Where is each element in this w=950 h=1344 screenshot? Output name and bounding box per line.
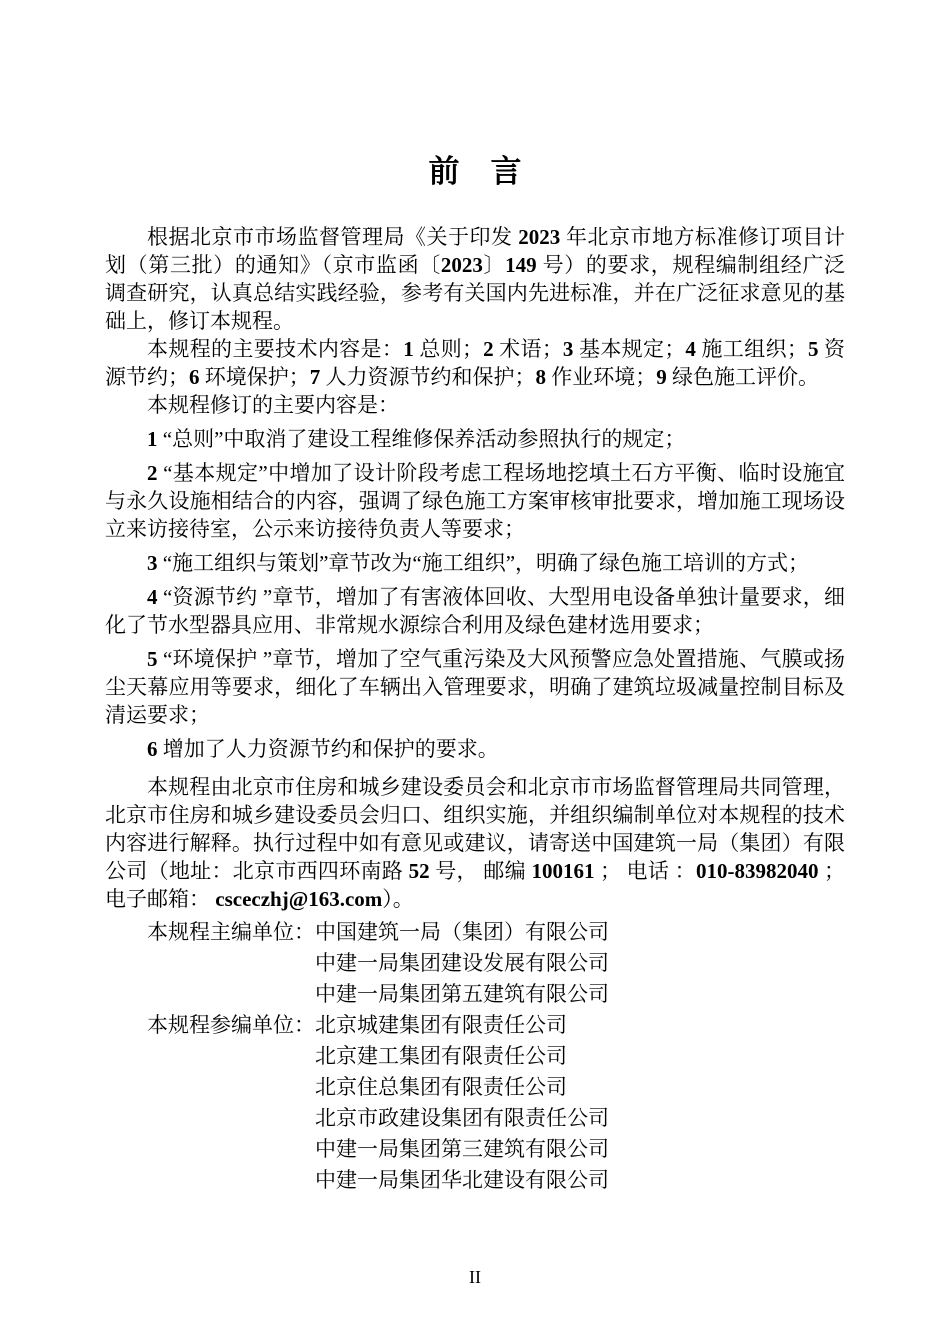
bold-number-run: 5 — [147, 647, 158, 671]
bold-number-run: 2 — [483, 337, 494, 361]
text-run: 作业环境； — [546, 365, 656, 389]
revision-item: 5 “环境保护 ”章节，增加了空气重污染及大风预警应急处置措施、气膜或扬尘天幕应… — [105, 645, 845, 729]
text-run: “基本规定”中增加了设计阶段考虑工程场地挖填土石方平衡、临时设施宜与永久设施相结… — [105, 461, 845, 541]
text-run: 绿色施工评价。 — [667, 365, 819, 389]
editor-unit: 北京建工集团有限责任公司 — [315, 1041, 609, 1072]
text-run: ； 电话 ： — [594, 859, 696, 883]
editor-unit-list: 北京城建集团有限责任公司北京建工集团有限责任公司北京住总集团有限责任公司北京市政… — [315, 1010, 609, 1196]
document-body: 根据北京市市场监督管理局《关于印发 2023 年北京市地方标准修订项目计划（第三… — [105, 223, 845, 913]
bold-number-run: 2 — [147, 461, 158, 485]
text-run: ）。 — [382, 887, 414, 911]
editor-group-label: 本规程参编单位： — [147, 1010, 315, 1041]
text-run: 人力资源节约和保护； — [320, 365, 535, 389]
page-title: 前 言 — [105, 146, 845, 191]
editor-unit: 北京住总集团有限责任公司 — [315, 1072, 609, 1103]
text-run: “环境保护 ”章节，增加了空气重污染及大风预警应急处置措施、气膜或扬尘天幕应用等… — [105, 647, 845, 727]
bold-number-run: 52 — [409, 859, 430, 883]
bold-number-run: 6 — [189, 365, 200, 389]
bold-number-run: 9 — [656, 365, 667, 389]
editor-unit: 中国建筑一局（集团）有限公司 — [315, 917, 609, 948]
revision-item: 1 “总则”中取消了建设工程维修保养活动参照执行的规定； — [105, 425, 845, 453]
text-run: 总则； — [414, 337, 483, 361]
bold-number-run: 100161 — [531, 859, 594, 883]
bold-number-run: 8 — [536, 365, 547, 389]
bold-number-run: 3 — [147, 551, 158, 575]
editor-unit: 中建一局集团华北建设有限公司 — [315, 1165, 609, 1196]
text-run: 施工组织； — [696, 337, 808, 361]
bold-number-run: 3 — [563, 337, 574, 361]
paragraph: 本规程的主要技术内容是：1 总则；2 术语；3 基本规定；4 施工组织；5 资源… — [105, 335, 845, 391]
paragraph: 本规程由北京市住房和城乡建设委员会和北京市市场监督管理局共同管理，北京市住房和城… — [105, 773, 845, 913]
text-run: “资源节约 ”章节，增加了有害液体回收、大型用电设备单独计量要求，细化了节水型器… — [105, 585, 845, 637]
text-run: 〕 — [483, 253, 505, 277]
text-run: 术语； — [494, 337, 563, 361]
revision-item: 4 “资源节约 ”章节，增加了有害液体回收、大型用电设备单独计量要求，细化了节水… — [105, 583, 845, 639]
text-run: 环境保护； — [200, 365, 310, 389]
document-content: 前 言 根据北京市市场监督管理局《关于印发 2023 年北京市地方标准修订项目计… — [105, 0, 845, 1196]
editor-unit: 北京城建集团有限责任公司 — [315, 1010, 609, 1041]
revision-item: 6 增加了人力资源节约和保护的要求。 — [105, 735, 845, 763]
bold-number-run: 1 — [403, 337, 414, 361]
text-run: 基本规定； — [573, 337, 685, 361]
bold-number-run: csceczhj@163.com — [215, 887, 382, 911]
bold-number-run: 5 — [808, 337, 819, 361]
editor-unit: 中建一局集团建设发展有限公司 — [315, 948, 609, 979]
revision-item: 3 “施工组织与策划”章节改为“施工组织”，明确了绿色施工培训的方式； — [105, 549, 845, 577]
revision-item: 2 “基本规定”中增加了设计阶段考虑工程场地挖填土石方平衡、临时设施宜与永久设施… — [105, 459, 845, 543]
text-run: 本规程的主要技术内容是： — [147, 337, 403, 361]
editor-unit: 中建一局集团第三建筑有限公司 — [315, 1134, 609, 1165]
text-run: “施工组织与策划”章节改为“施工组织”，明确了绿色施工培训的方式； — [158, 551, 810, 575]
document-page: 前 言 根据北京市市场监督管理局《关于印发 2023 年北京市地方标准修订项目计… — [0, 0, 950, 1344]
text-run: 本规程修订的主要内容是： — [147, 393, 399, 417]
editor-group: 本规程参编单位：北京城建集团有限责任公司北京建工集团有限责任公司北京住总集团有限… — [105, 1010, 845, 1196]
bold-number-run: 4 — [147, 585, 158, 609]
bold-number-run: 7 — [310, 365, 321, 389]
editor-units: 本规程主编单位：中国建筑一局（集团）有限公司中建一局集团建设发展有限公司中建一局… — [105, 917, 845, 1196]
bold-number-run: 1 — [147, 427, 158, 451]
bold-number-run: 4 — [685, 337, 696, 361]
text-run: 增加了人力资源节约和保护的要求。 — [158, 737, 499, 761]
editor-group: 本规程主编单位：中国建筑一局（集团）有限公司中建一局集团建设发展有限公司中建一局… — [105, 917, 845, 1010]
editor-unit: 中建一局集团第五建筑有限公司 — [315, 979, 609, 1010]
paragraph: 根据北京市市场监督管理局《关于印发 2023 年北京市地方标准修订项目计划（第三… — [105, 223, 845, 335]
bold-number-run: 2023 — [518, 225, 560, 249]
text-run: “总则”中取消了建设工程维修保养活动参照执行的规定； — [158, 427, 686, 451]
editor-unit: 北京市政建设集团有限责任公司 — [315, 1103, 609, 1134]
bold-number-run: 010-83982040 — [696, 859, 819, 883]
text-run: 号， 邮编 — [430, 859, 532, 883]
text-run: 根据北京市市场监督管理局《关于印发 — [147, 225, 518, 249]
bold-number-run: 149 — [505, 253, 537, 277]
bold-number-run: 2023 — [441, 253, 483, 277]
bold-number-run: 6 — [147, 737, 158, 761]
editor-group-label: 本规程主编单位： — [147, 917, 315, 948]
editor-unit-list: 中国建筑一局（集团）有限公司中建一局集团建设发展有限公司中建一局集团第五建筑有限… — [315, 917, 609, 1010]
paragraph: 本规程修订的主要内容是： — [105, 391, 845, 419]
page-number: II — [0, 1267, 950, 1288]
